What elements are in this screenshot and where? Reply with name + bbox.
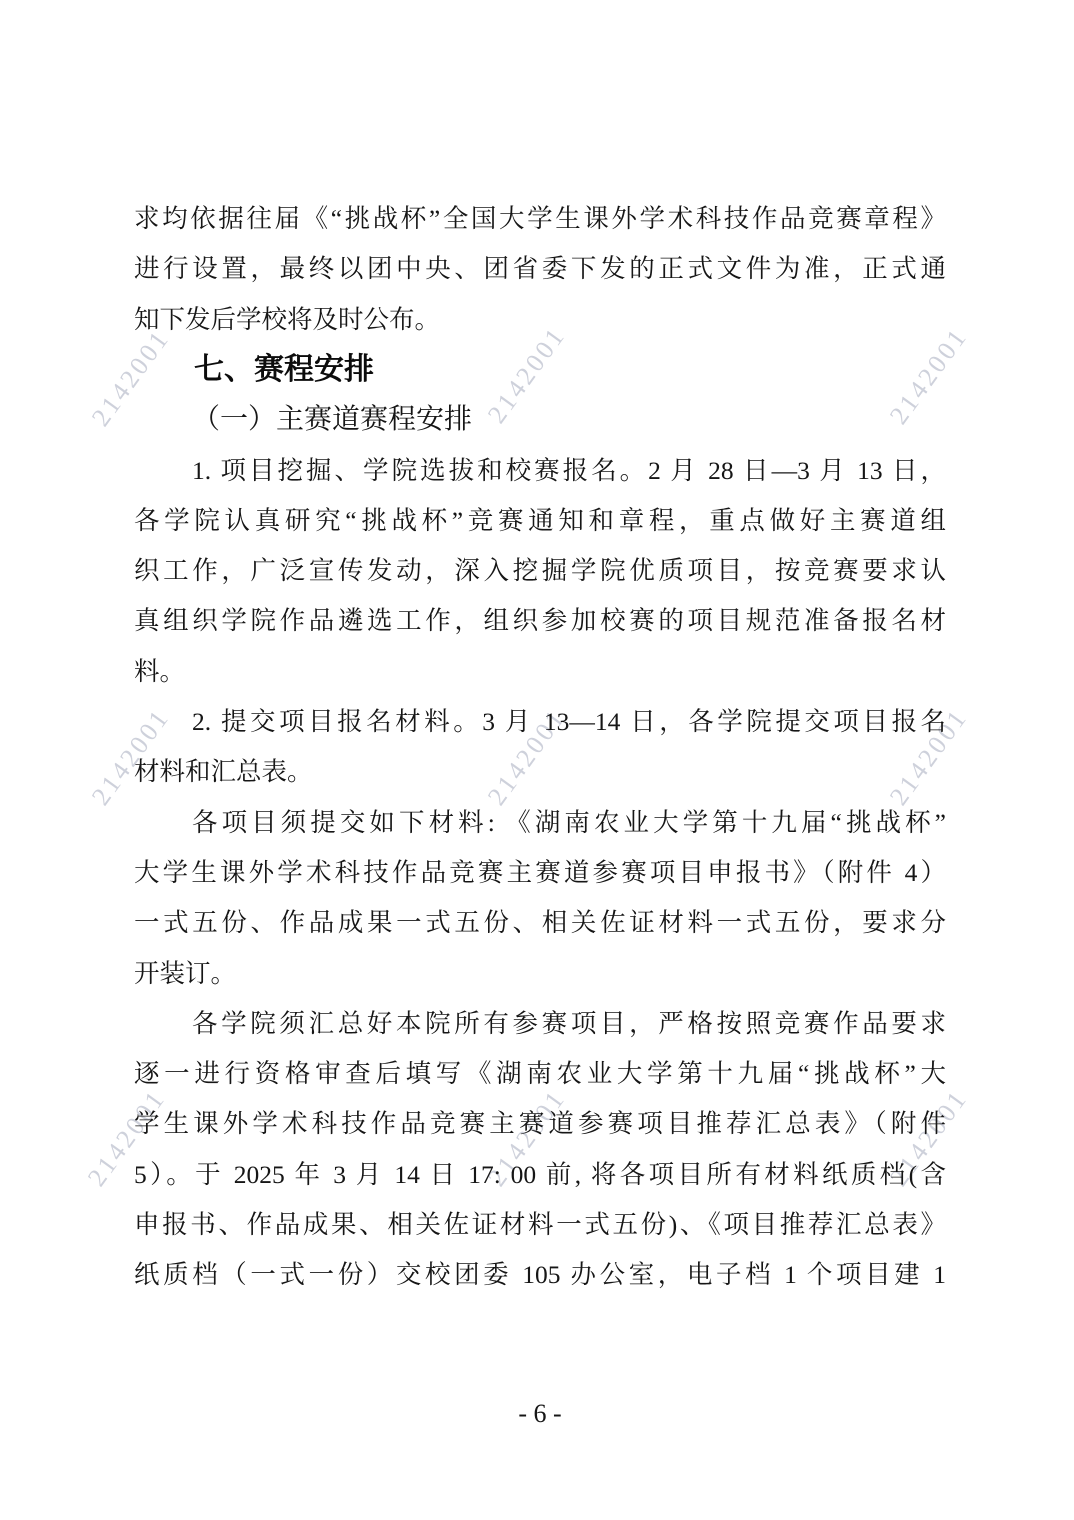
text-line: 学生课外学术科技作品竞赛主赛道参赛项目推荐汇总表》（附件 bbox=[134, 1098, 946, 1149]
text-line: 知下发后学校将及时公布。 bbox=[134, 294, 946, 345]
text-line: 各学院须汇总好本院所有参赛项目，严格按照竞赛作品要求 bbox=[134, 998, 946, 1049]
document-text: 求均依据往届《“挑战杯”全国大学生课外学术科技作品竞赛章程》进行设置，最终以团中… bbox=[0, 0, 1074, 1520]
text-line: 逐一进行资格审查后填写《湖南农业大学第十九届“挑战杯”大 bbox=[134, 1048, 946, 1099]
text-line: 织工作，广泛宣传发动，深入挖掘学院优质项目，按竞赛要求认 bbox=[134, 545, 946, 596]
section-heading: 七、赛程安排 bbox=[134, 344, 946, 395]
text-line: 各学院认真研究“挑战杯”竞赛通知和章程，重点做好主赛道组 bbox=[134, 495, 946, 546]
text-line: 求均依据往届《“挑战杯”全国大学生课外学术科技作品竞赛章程》 bbox=[134, 193, 946, 244]
text-line: 开装订。 bbox=[134, 948, 946, 999]
page-number: - 6 - bbox=[134, 1393, 946, 1435]
text-line: 2. 提交项目报名材料。3 月 13—14 日，各学院提交项目报名 bbox=[134, 696, 946, 747]
text-line: 真组织学院作品遴选工作，组织参加校赛的项目规范准备报名材 bbox=[134, 595, 946, 646]
text-line: 料。 bbox=[134, 646, 946, 697]
text-line: 大学生课外学术科技作品竞赛主赛道参赛项目申报书》（附件 4） bbox=[134, 847, 946, 898]
text-line: 1. 项目挖掘、学院选拔和校赛报名。2 月 28 日—3 月 13 日， bbox=[134, 445, 946, 496]
text-line: 申报书、作品成果、相关佐证材料一式五份)、《项目推荐汇总表》 bbox=[134, 1199, 946, 1250]
subsection-heading: （一）主赛道赛程安排 bbox=[134, 394, 946, 445]
text-line: 一式五份、作品成果一式五份、相关佐证材料一式五份，要求分 bbox=[134, 897, 946, 948]
text-line: 各项目须提交如下材料: 《湖南农业大学第十九届“挑战杯” bbox=[134, 797, 946, 848]
document-page: 2142001214200121420012142001214200121420… bbox=[0, 0, 1074, 1520]
text-line: 材料和汇总表。 bbox=[134, 746, 946, 797]
text-line: 进行设置，最终以团中央、团省委下发的正式文件为准，正式通 bbox=[134, 243, 946, 294]
text-line: 5）。于 2025 年 3 月 14 日 17: 00 前, 将各项目所有材料纸… bbox=[134, 1149, 946, 1200]
text-line: 纸质档（一式一份）交校团委 105 办公室，电子档 1 个项目建 1 bbox=[134, 1249, 946, 1300]
